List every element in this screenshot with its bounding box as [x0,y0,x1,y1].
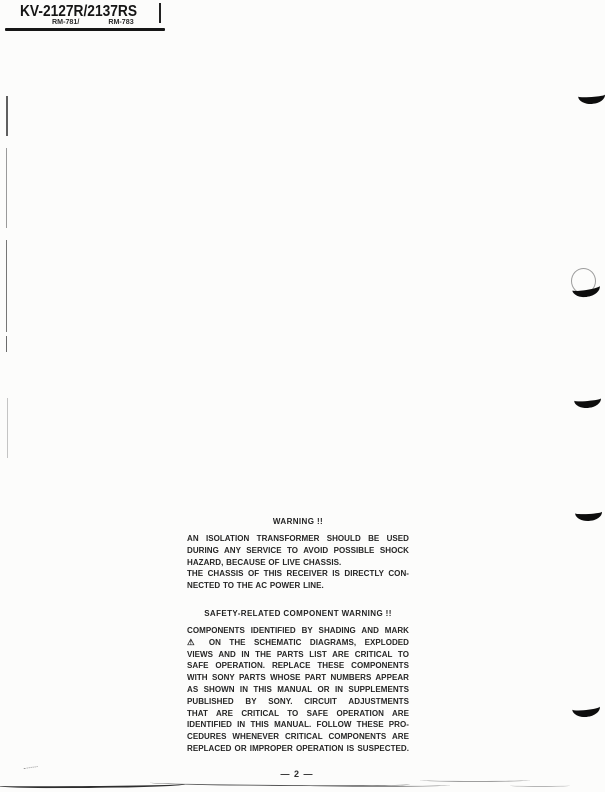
scanned-manual-page: KV-2127R/2137RS RM-781/ RM-783 WARNING !… [0,0,605,792]
scan-artifact [6,336,7,352]
warning-section: WARNING !! AN ISOLATION TRANSFORMER SHOU… [187,517,409,592]
safety-line: ⚠ ON THE SCHEMATIC DIAGRAMS, EXPLODED [187,637,409,649]
warning-line: DURING ANY SERVICE TO AVOID POSSIBLE SHO… [187,545,409,557]
safety-line: SAFE OPERATION. REPLACE THESE COMPONENTS [187,660,409,672]
warning-line: HAZARD, BECAUSE OF LIVE CHASSIS. [187,557,409,569]
binding-shadow-mark [575,503,603,521]
scan-artifact [24,766,39,774]
warning-line: AN ISOLATION TRANSFORMER SHOULD BE USED [187,533,409,545]
safety-warning-triangle-icon: ⚠ [187,637,200,647]
safety-line-text: ON THE SCHEMATIC DIAGRAMS, EXPLODED [209,638,409,647]
remote-model-numbers: RM-781/ RM-783 [52,17,134,26]
scan-artifact [6,240,7,332]
warning-line: NECTED TO THE AC POWER LINE. [187,580,409,592]
remote-model-left: RM-781/ [52,17,79,26]
remote-model-right: RM-783 [108,17,133,26]
safety-line: AS SHOWN IN THIS MANUAL OR IN SUPPLEMENT… [187,684,409,696]
safety-heading: SAFETY-RELATED COMPONENT WARNING !! [187,609,409,618]
scan-artifact [6,96,8,136]
binding-shadow-mark [571,698,601,719]
scan-artifact [510,784,570,787]
header-divider-line [159,3,161,23]
warning-line: THE CHASSIS OF THIS RECEIVER IS DIRECTLY… [187,568,409,580]
scan-artifact [420,778,530,782]
header-rule [5,28,165,31]
safety-line: PUBLISHED BY SONY. CIRCUIT ADJUSTMENTS [187,696,409,708]
binding-shadow-mark [573,390,601,409]
safety-line: CEDURES WHENEVER CRITICAL COMPONENTS ARE [187,731,409,743]
scan-artifact [6,148,7,228]
scan-artifact [7,398,8,458]
safety-line: COMPONENTS IDENTIFIED BY SHADING AND MAR… [187,625,409,637]
page-number: — 2 — [247,769,347,779]
safety-line: THAT ARE CRITICAL TO SAFE OPERATION ARE [187,708,409,720]
safety-line: IDENTIFIED IN THIS MANUAL. FOLLOW THESE … [187,719,409,731]
safety-line: WITH SONY PARTS WHOSE PART NUMBERS APPEA… [187,672,409,684]
warning-heading: WARNING !! [187,517,409,526]
safety-line: REPLACED OR IMPROPER OPERATION IS SUSPEC… [187,743,409,755]
scan-artifact [300,783,450,787]
safety-line: VIEWS AND IN THE PARTS LIST ARE CRITICAL… [187,649,409,661]
safety-section: SAFETY-RELATED COMPONENT WARNING !! COMP… [187,609,409,755]
binding-shadow-mark [577,86,605,105]
